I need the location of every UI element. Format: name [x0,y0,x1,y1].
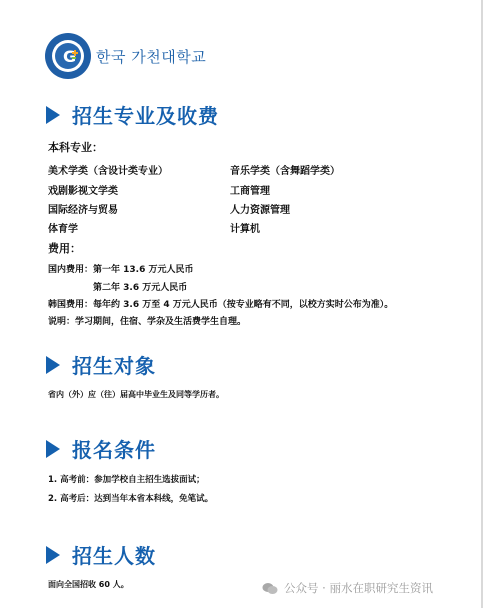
major-item: 体育学 [48,220,78,235]
section-title: 招生专业及收费 [72,100,219,129]
school-name: 한국 가천대학교 [96,46,206,67]
section-quota-heading: 招生人数 [46,540,156,569]
triangle-bullet-icon [46,106,60,124]
major-item: 计算机 [230,220,260,235]
watermark: 公众号 · 丽水在职研究生资讯 [262,580,433,596]
wechat-icon [262,582,278,595]
triangle-bullet-icon [46,546,60,564]
major-item: 音乐学类（含舞蹈学类） [230,162,340,177]
major-item: 工商管理 [230,182,270,197]
major-item: 人力资源管理 [230,201,290,216]
svg-text:G: G [63,47,76,66]
fee-note: 说明：学习期间，住宿、学杂及生活费学生自理。 [48,314,246,327]
section-target-heading: 招生对象 [46,350,156,379]
watermark-text: 公众号 · 丽水在职研究生资讯 [284,580,433,596]
section-title: 招生人数 [72,540,156,569]
major-item: 国际经济与贸易 [48,201,118,216]
section-title: 报名条件 [72,434,156,463]
university-logo-icon: G [44,32,92,80]
section-title: 招生对象 [72,350,156,379]
major-item: 美术学类（含设计类专业） [48,162,168,177]
condition-item: 1. 高考前：参加学校自主招生选拔面试； [48,473,205,485]
target-text: 省内（外）应（往）届高中毕业生及同等学历者。 [48,389,224,400]
fees-label: 费用： [48,240,81,256]
major-item: 戏剧影视文学类 [48,182,118,197]
fee-line: 国内费用：第一年 13.6 万元人民币 [48,262,193,275]
fee-line: 第二年 3.6 万元人民币 [93,280,187,293]
condition-item: 2. 高考后：达到当年本省本科线，免笔试。 [48,492,213,504]
triangle-bullet-icon [46,440,60,458]
majors-label: 本科专业： [48,139,103,155]
triangle-bullet-icon [46,356,60,374]
fee-line: 韩国费用：每年约 3.6 万至 4 万元人民币（按专业略有不同，以校方实时公布为… [48,297,393,310]
section-conditions-heading: 报名条件 [46,434,156,463]
section-majors-fees-heading: 招生专业及收费 [46,100,219,129]
quota-text: 面向全国招收 60 人。 [48,579,129,590]
header: G 한국 가천대학교 [44,32,206,80]
